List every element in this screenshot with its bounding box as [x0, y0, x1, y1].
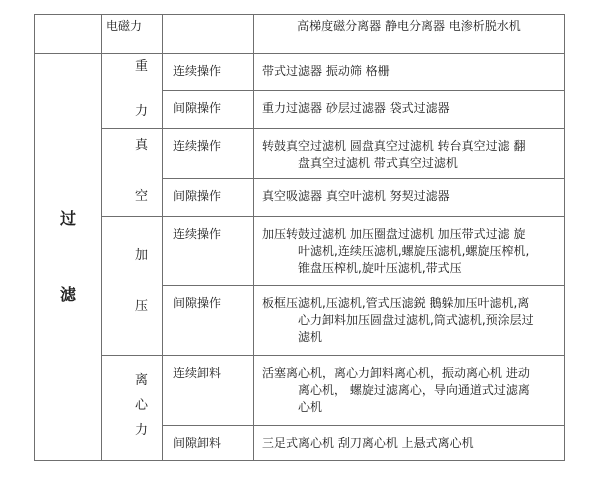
table-row: 过 滤 重 力 连续操作 带式过滤器 振动筛 格栅: [35, 54, 565, 91]
equipment-cell: 加压转鼓过滤机 加压圈盘过滤机 加压带式过滤 旋 叶滤机,连续压滤机,螺旋压滤机…: [254, 217, 565, 286]
force-pressure: 加 压: [102, 217, 163, 356]
equipment-cell: 带式过滤器 振动筛 格栅: [254, 54, 565, 91]
force-gravity: 重 力: [102, 54, 163, 129]
operation-cell: 间隙操作: [163, 286, 254, 356]
operation-cell: 间隙操作: [163, 179, 254, 217]
header-row: 电磁力 高梯度磁分离器 静电分离器 电渗析脱水机: [35, 15, 565, 54]
main-category-char: 滤: [35, 283, 101, 307]
main-category-char: 过: [35, 207, 101, 231]
filtration-equipment-table: 电磁力 高梯度磁分离器 静电分离器 电渗析脱水机 过 滤 重 力 连续操作 带式…: [34, 14, 565, 461]
equipment-cell: 三足式离心机 刮刀离心机 上悬式离心机: [254, 426, 565, 461]
main-category-filtration: 过 滤: [35, 54, 102, 461]
table-row: 加 压 连续操作 加压转鼓过滤机 加压圈盘过滤机 加压带式过滤 旋 叶滤机,连续…: [35, 217, 565, 286]
header-blank-cell: [35, 15, 102, 54]
header-equipment: 高梯度磁分离器 静电分离器 电渗析脱水机: [254, 15, 565, 54]
force-centrifugal: 离 心 力: [102, 356, 163, 461]
equipment-cell: 重力过滤器 砂层过滤器 袋式过滤器: [254, 91, 565, 129]
header-force: 电磁力: [102, 15, 163, 54]
table-row: 真 空 连续操作 转鼓真空过滤机 圆盘真空过滤机 转台真空过滤 翻 盘真空过滤机…: [35, 129, 565, 179]
operation-cell: 间隙卸料: [163, 426, 254, 461]
operation-cell: 间隙操作: [163, 91, 254, 129]
operation-cell: 连续操作: [163, 217, 254, 286]
equipment-cell: 转鼓真空过滤机 圆盘真空过滤机 转台真空过滤 翻 盘真空过滤机 带式真空过滤机: [254, 129, 565, 179]
operation-cell: 连续卸料: [163, 356, 254, 426]
equipment-cell: 活塞离心机，离心力卸料离心机，振动离心机 进动 离心机， 螺旋过滤离心，导向通道…: [254, 356, 565, 426]
table-row: 离 心 力 连续卸料 活塞离心机，离心力卸料离心机，振动离心机 进动 离心机， …: [35, 356, 565, 426]
header-operation-blank: [163, 15, 254, 54]
operation-cell: 连续操作: [163, 129, 254, 179]
force-vacuum: 真 空: [102, 129, 163, 217]
operation-cell: 连续操作: [163, 54, 254, 91]
equipment-cell: 板框压滤机,压滤机,管式压滤鋭 鵝躲加压叶滤机,离 心力卸料加压圆盘过滤机,筒式…: [254, 286, 565, 356]
equipment-cell: 真空吸滤器 真空叶滤机 努契过滤器: [254, 179, 565, 217]
